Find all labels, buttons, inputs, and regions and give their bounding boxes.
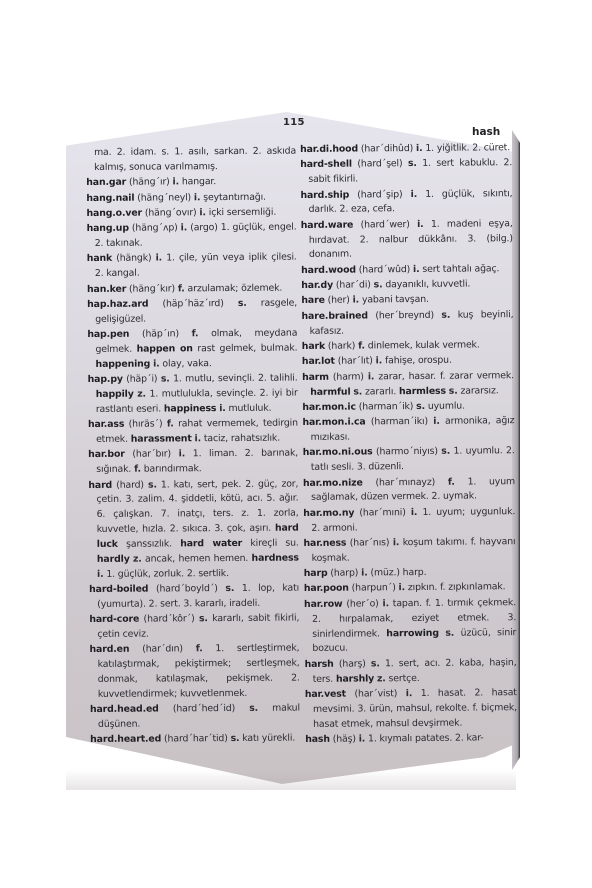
entry-harmonize: har.mo.nize (har´mınayz) f. 1. uyum sağl… xyxy=(303,475,515,507)
entry-hangnail: hang.nail (häng´neyl) i. şeytantırnağı. xyxy=(86,190,296,206)
headword: hard-shell xyxy=(300,159,352,170)
pronunciation: (häng´kır) xyxy=(129,283,175,294)
pronunciation: (harmo´niyıs) xyxy=(376,446,438,458)
part-of-speech: s. xyxy=(445,627,454,638)
headword: hard.ware xyxy=(301,219,354,230)
part-of-speech: i. xyxy=(153,358,160,369)
part-of-speech: s. xyxy=(408,158,417,169)
part-of-speech: s. xyxy=(238,298,247,309)
entry-happen: hap.pen (häp´ın) f. olmak, meydana gelme… xyxy=(87,327,297,373)
pronunciation: (hard´şel) xyxy=(357,158,402,169)
definition: dayanıklı, kuvvetli. xyxy=(385,279,470,291)
entry-hard-shell: hard-shell (hard´şel) s. 1. sert kabuklu… xyxy=(300,156,512,188)
entry-haphazard: hap.haz.ard (häp´häz´ırd) s. rasgele, ge… xyxy=(87,296,297,327)
subentry-definition: barındırmak. xyxy=(144,463,202,474)
headword: hare xyxy=(301,295,324,306)
definition: zıpkın. f. zıpkınlamak. xyxy=(408,582,506,594)
entry-hardwood: hard.wood (hard´wûd) i. sert tahtalı ağa… xyxy=(301,262,513,279)
entry-harlot: har.lot (har´lıt) i. fahişe, orospu. xyxy=(302,353,514,370)
pronunciation: (har´dın) xyxy=(142,644,183,655)
part-of-speech: i. xyxy=(417,219,424,230)
headword: har.vest xyxy=(305,688,346,699)
part-of-speech: i. xyxy=(156,253,163,264)
entry-harbor: har.bor (har´bır) i. 1. liman. 2. barına… xyxy=(88,447,298,478)
pronunciation: (her´o) xyxy=(346,598,378,609)
headword: hard.heart.ed xyxy=(90,734,161,745)
part-of-speech: f. xyxy=(196,644,203,655)
entry-harmonica: har.mon.i.ca (harman´ikı) i. armonika, a… xyxy=(302,414,514,446)
entry-text: ma. 2. idam. s. 1. asılı, sarkan. 2. ask… xyxy=(94,146,296,173)
part-of-speech: f. xyxy=(167,419,174,430)
subentry: happening xyxy=(95,358,150,369)
headword: hap.pen xyxy=(87,329,129,340)
headword: har.dy xyxy=(301,280,333,291)
part-of-speech: i. xyxy=(433,416,440,427)
definition: fahişe, orospu. xyxy=(385,355,452,367)
entry-hardy: har.dy (har´di) s. dayanıklı, kuvvetli. xyxy=(301,277,513,294)
subentry-definition: kireçli su. xyxy=(250,537,298,548)
headword: har.mo.ny xyxy=(303,507,354,518)
entry-hash: hash (häş) i. 1. kıymalı patates. 2. kar… xyxy=(305,731,517,748)
pronunciation: (hark) xyxy=(328,340,355,351)
subentry: happily xyxy=(96,389,134,400)
entry-happy: hap.py (häp´i) s. 1. mutlu, sevinçli. 2.… xyxy=(88,372,298,418)
definition: sert tahtalı ağaç. xyxy=(422,263,499,275)
part-of-speech: i. xyxy=(219,403,226,414)
entry-continuation: ma. 2. idam. s. 1. asılı, sarkan. 2. ask… xyxy=(86,145,296,176)
headword: hang.nail xyxy=(86,192,134,203)
left-column: ma. 2. idam. s. 1. asılı, sarkan. 2. ask… xyxy=(86,145,300,749)
definition: 1. mutlu, sevinçli. 2. talihli. xyxy=(173,373,298,385)
pronunciation: (har´nıs) xyxy=(350,537,390,548)
part-of-speech: i. xyxy=(411,507,418,518)
definition: dinlemek, kulak vermek. xyxy=(368,339,480,351)
part-of-speech: i. xyxy=(413,264,420,275)
headword: hard.wood xyxy=(301,264,356,275)
part-of-speech: i. xyxy=(359,733,366,744)
subentry-definition: mutluluk. xyxy=(228,403,271,414)
pronunciation: (harpun´) xyxy=(352,583,396,594)
entry-harness: har.ness (har´nıs) i. koşum takımı. f. h… xyxy=(303,535,515,567)
entry-hardship: hard.ship (hard´şip) i. 1. güçlük, sıkın… xyxy=(300,187,512,219)
pronunciation: (häng´ır) xyxy=(129,177,170,188)
part-of-speech: i. xyxy=(361,568,368,579)
pronunciation: (harm) xyxy=(333,371,364,382)
part-of-speech: s. xyxy=(225,583,234,594)
entry-harmonic: har.mon.ic (harman´ik) s. uyumlu. xyxy=(302,399,514,416)
definition: şeytantırnağı. xyxy=(203,191,266,202)
subentry: harassment xyxy=(131,433,192,444)
part-of-speech: i. xyxy=(376,356,383,367)
pronunciation: (hard´har´tid) xyxy=(164,733,228,744)
entry-hardware: hard.ware (hard´wer) i. 1. madeni eşya, … xyxy=(301,217,513,263)
subentry: hardly xyxy=(97,553,130,564)
entry-hardhearted: hard.heart.ed (hard´har´tid) s. katı yür… xyxy=(90,732,300,748)
pronunciation: (hard´boyld´) xyxy=(156,583,218,594)
part-of-speech: s. xyxy=(353,386,362,397)
headword: hash xyxy=(305,734,330,745)
pronunciation: (hard´hed´id) xyxy=(173,703,235,714)
part-of-speech: i. xyxy=(393,537,400,548)
subentry-definition: olay, vaka. xyxy=(162,358,211,369)
subentry-definition: sertçe. xyxy=(388,673,419,684)
part-of-speech: f. xyxy=(358,340,365,351)
entry-hark: hark (hark) f. dinlemek, kulak vermek. xyxy=(302,338,514,355)
part-of-speech: f. xyxy=(178,283,185,294)
pronunciation: (har´mıni) xyxy=(359,507,405,518)
headword: hank xyxy=(87,253,112,264)
subentry-definition: taciz, rahatsızlık. xyxy=(204,433,280,445)
part-of-speech: s. xyxy=(449,385,458,396)
headword: han.ker xyxy=(87,283,126,294)
subentry-definition: ancak, hemen hemen. xyxy=(145,553,248,565)
headword: hard-boiled xyxy=(89,584,148,595)
headword: har.mon.ic xyxy=(302,401,356,412)
part-of-speech: z. xyxy=(133,553,142,564)
headword: har.bor xyxy=(88,449,125,460)
pronunciation: (har´di) xyxy=(336,279,371,290)
pronunciation: (har´dihûd) xyxy=(361,143,413,154)
pronunciation: (harş) xyxy=(339,658,366,669)
headword: hard-core xyxy=(89,614,139,625)
part-of-speech: s. xyxy=(199,613,208,624)
subentry: harrowing xyxy=(386,627,439,638)
page-number: 115 xyxy=(283,117,305,128)
pronunciation: (hängk) xyxy=(116,253,151,264)
entry-hanker: han.ker (häng´kır) f. arzulamak; özlemek… xyxy=(87,281,297,297)
entry-hangup: hang.up (häng´ʌp) i. (argo) 1. güçlük, e… xyxy=(87,221,297,252)
subentry: happen on xyxy=(137,343,193,354)
part-of-speech: i. xyxy=(398,583,405,594)
pronunciation: (hard´wûd) xyxy=(359,264,410,275)
pronunciation: (häp´häz´ırd) xyxy=(162,298,223,309)
definition: içki sersemliği. xyxy=(209,207,276,218)
subentry-definition: rast gelmek, bulmak. xyxy=(197,342,297,354)
pronunciation: (her´breynd) xyxy=(375,310,434,322)
subentry: hardness xyxy=(251,552,298,563)
entry-hangover: hang.o.ver (häng´ovır) i. içki sersemliğ… xyxy=(86,205,296,221)
part-of-speech: i. xyxy=(199,207,206,218)
part-of-speech: s. xyxy=(231,733,240,744)
entry-hard-core: hard-core (hard´kôr´) s. kararlı, sabit … xyxy=(89,612,299,643)
entry-harmonious: har.mo.ni.ous (harmo´niyıs) s. 1. uyumlu… xyxy=(303,445,515,477)
definition: katı yürekli. xyxy=(242,733,295,744)
part-of-speech: s. xyxy=(441,446,450,457)
subentry-definition: şanssızlık. xyxy=(126,538,172,549)
pronunciation: (harman´ik) xyxy=(359,401,414,412)
entry-hank: hank (hängk) i. 1. çile, yün veya iplik … xyxy=(87,251,297,282)
headword: har.lot xyxy=(302,356,335,367)
headword: harm xyxy=(302,371,329,382)
entry-harvest: har.vest (har´vist) i. 1. hasat. 2. hasa… xyxy=(305,686,517,732)
subentry: happiness xyxy=(164,403,217,414)
definition: (müz.) harp. xyxy=(370,567,426,578)
pronunciation: (häp´ın) xyxy=(142,328,179,339)
headword: hap.haz.ard xyxy=(87,299,148,310)
headword: hard xyxy=(88,479,112,490)
part-of-speech: s. xyxy=(374,279,383,290)
entry-harsh: harsh (harş) s. 1. sert, acı. 2. kaba, h… xyxy=(304,656,516,688)
pronunciation: (har´bır) xyxy=(132,449,171,460)
subentry-definition: zararlı. xyxy=(365,386,396,397)
definition: hangar. xyxy=(182,176,216,187)
entry-harpoon: har.poon (harpun´) i. zıpkın. f. zıpkınl… xyxy=(304,581,516,598)
entry-harebrained: hare.brained (her´breynd) s. kuş beyinli… xyxy=(301,308,513,340)
definition: 1. yiğitlik. 2. cüret. xyxy=(425,142,510,154)
subentry: hard water xyxy=(180,538,242,549)
subentry-definition: zararsız. xyxy=(460,385,498,396)
pronunciation: (har´mınayz) xyxy=(375,476,435,488)
part-of-speech: i. xyxy=(382,598,389,609)
part-of-speech: s. xyxy=(441,309,450,320)
pronunciation: (häş) xyxy=(333,733,356,744)
entry-hare: hare (her) i. yabani tavşan. xyxy=(301,293,513,310)
part-of-speech: s. xyxy=(416,401,425,412)
definition: zarar, hasar. f. zarar vermek. xyxy=(378,370,514,382)
part-of-speech: f. xyxy=(192,328,199,339)
headword: har.mo.nize xyxy=(303,477,363,489)
pronunciation: (hard´kôr´) xyxy=(144,613,195,624)
headword: harsh xyxy=(305,658,334,669)
headword: hare.brained xyxy=(301,310,367,322)
part-of-speech: i. xyxy=(172,177,179,188)
guide-word: hash xyxy=(472,126,500,138)
headword: hap.py xyxy=(88,374,123,385)
headword: har.row xyxy=(304,598,343,609)
headword: har.mo.ni.ous xyxy=(303,447,373,459)
part-of-speech: z. xyxy=(137,389,146,400)
part-of-speech: s. xyxy=(148,479,157,490)
right-column: har.di.hood (har´dihûd) i. 1. yiğitlik. … xyxy=(300,141,517,748)
subentry: harmful xyxy=(310,386,350,397)
subentry-definition: 1. güçlük, zorluk. 2. sertlik. xyxy=(106,568,229,580)
part-of-speech: i. xyxy=(97,569,104,580)
part-of-speech: f. xyxy=(448,476,455,487)
pronunciation: (hard) xyxy=(116,479,144,490)
pronunciation: (häng´ovır) xyxy=(145,207,197,218)
entry-harass: har.ass (hıräs´) f. rahat vermemek, tedi… xyxy=(88,417,298,448)
part-of-speech: i. xyxy=(181,223,188,234)
subentry: harmless xyxy=(399,385,446,396)
part-of-speech: i. xyxy=(406,688,413,699)
headword: hang.up xyxy=(87,223,129,234)
entry-harm: harm (harm) i. zarar, hasar. f. zarar ve… xyxy=(302,369,514,401)
pronunciation: (harp) xyxy=(330,568,358,579)
headword: har.mon.i.ca xyxy=(302,417,365,429)
headword: hard.en xyxy=(89,644,129,655)
part-of-speech: i. xyxy=(194,192,201,203)
part-of-speech: i. xyxy=(194,433,201,444)
definition: yabani tavşan. xyxy=(362,294,429,306)
entry-hardihood: har.di.hood (har´dihûd) i. 1. yiğitlik. … xyxy=(300,141,512,158)
headword: hard.ship xyxy=(300,189,349,200)
pronunciation: (häng´ʌp) xyxy=(132,223,178,234)
headword: har.poon xyxy=(304,583,349,594)
pronunciation: (harman´ikı) xyxy=(371,416,428,427)
pronunciation: (hıräs´) xyxy=(129,419,163,430)
definition: 1. kıymalı patates. 2. kar- xyxy=(368,732,484,744)
part-of-speech: z. xyxy=(377,673,386,684)
entry-harp: harp (harp) i. (müz.) harp. xyxy=(304,565,516,582)
entry-hard: hard (hard) s. 1. katı, sert, pek. 2. gü… xyxy=(88,477,299,582)
headword: har.ass xyxy=(88,419,124,430)
entry-hardheaded: hard.head.ed (hard´hed´id) s. makul düşü… xyxy=(90,702,300,733)
headword: har.ness xyxy=(303,538,346,549)
headword: har.di.hood xyxy=(300,143,358,155)
headword: han.gar xyxy=(86,177,126,188)
subentry: harshly xyxy=(336,673,374,684)
entry-hangar: han.gar (häng´ır) i. hangar. xyxy=(86,175,296,191)
headword: hang.o.ver xyxy=(86,207,142,218)
pronunciation: (häng´neyl) xyxy=(137,192,191,203)
part-of-speech: s. xyxy=(249,703,258,714)
entry-harmony: har.mo.ny (har´mıni) i. 1. uyum; uygunlu… xyxy=(303,505,515,537)
pronunciation: (häp´i) xyxy=(126,374,157,385)
definition: arzulamak; özlemek. xyxy=(187,282,282,294)
pronunciation: (har´lıt) xyxy=(338,356,373,367)
part-of-speech: i. xyxy=(416,143,423,154)
entry-harden: hard.en (har´dın) f. 1. sertleştirmek, k… xyxy=(89,642,299,703)
part-of-speech: i. xyxy=(411,189,418,200)
part-of-speech: i. xyxy=(179,449,186,460)
definition: uyumlu. xyxy=(428,400,465,411)
entry-hard-boiled: hard-boiled (hard´boyld´) s. 1. lop, kat… xyxy=(89,581,299,612)
headword: hark xyxy=(302,341,325,352)
headword: hard.head.ed xyxy=(90,704,159,715)
entry-harrow: har.row (her´o) i. tapan. f. 1. tırmık ç… xyxy=(304,596,517,657)
headword: harp xyxy=(304,568,328,579)
part-of-speech: i. xyxy=(368,371,375,382)
part-of-speech: i. xyxy=(353,295,360,306)
pronunciation: (har´vist) xyxy=(354,688,397,699)
pronunciation: (hard´wer) xyxy=(361,219,410,230)
part-of-speech: s. xyxy=(161,374,170,385)
part-of-speech: f. xyxy=(134,464,141,475)
part-of-speech: s. xyxy=(371,658,380,669)
pronunciation: (hard´şip) xyxy=(357,189,402,200)
pronunciation: (her) xyxy=(328,295,350,306)
